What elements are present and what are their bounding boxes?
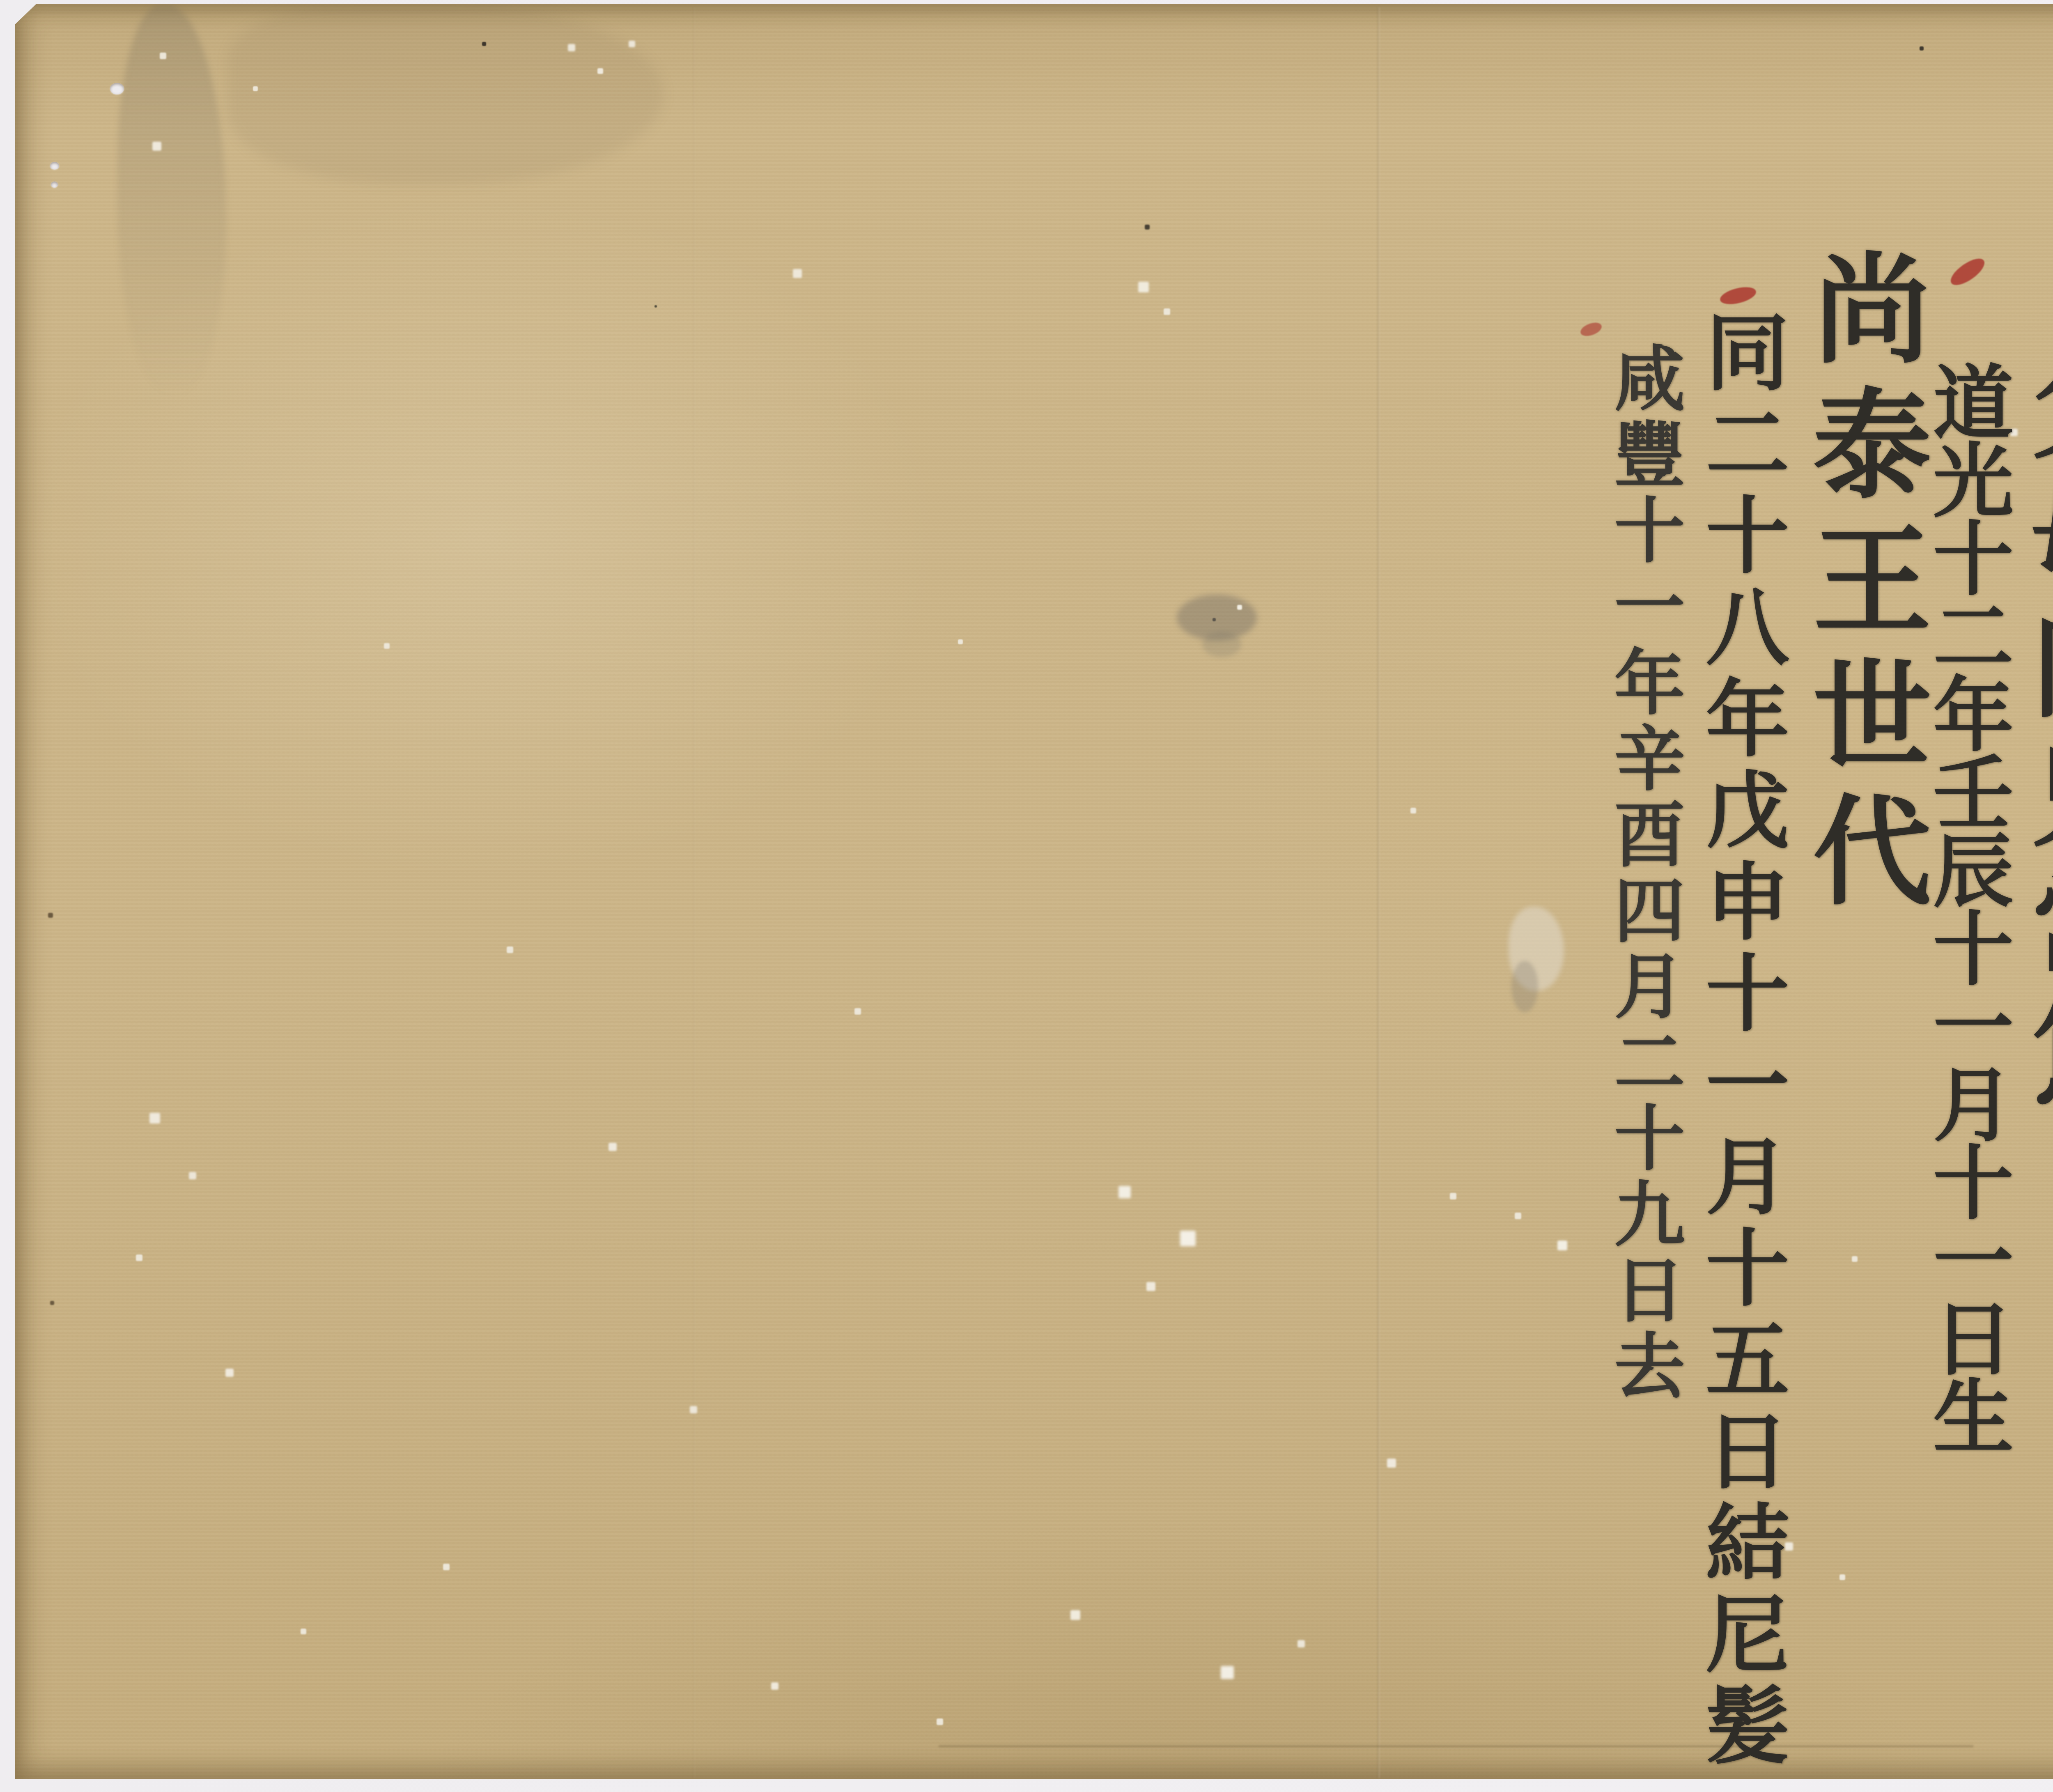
gray-smudge bbox=[1177, 595, 1257, 641]
parents-text: 父母同兄常篤 bbox=[2013, 352, 2053, 1128]
paper-hole bbox=[50, 162, 59, 170]
vermilion-mark bbox=[1718, 284, 1758, 308]
vertical-fold-crease bbox=[1377, 7, 1380, 1778]
paper-damage-flecks bbox=[15, 4, 16, 5]
paper-hole bbox=[51, 181, 58, 188]
vertical-fold-crease-faint bbox=[693, 7, 695, 1778]
scanner-background: 常集仲宗根仁也 童名多々眞 父母同兄常篤 道光十二年壬辰十一月十一日生 尚泰王世… bbox=[0, 0, 2053, 1792]
column-king-era: 尚泰王世代 bbox=[1803, 247, 1922, 925]
abrasion-patch bbox=[1509, 907, 1564, 991]
king-era-text: 尚泰王世代 bbox=[1794, 247, 1932, 925]
birth-date-text: 道光十二年壬辰十一月十一日生 bbox=[1920, 361, 2014, 1453]
vermilion-mark bbox=[1579, 320, 1603, 339]
dark-specks bbox=[15, 4, 16, 5]
column-parents: 父母同兄常篤 bbox=[2021, 352, 2053, 1128]
gray-smudge-tail bbox=[1202, 632, 1241, 657]
paper-hole bbox=[110, 83, 124, 94]
age-stain bbox=[228, 4, 664, 185]
column-birth-date: 道光十二年壬辰十一月十一日生 bbox=[1925, 361, 2007, 1453]
vermilion-mark bbox=[1947, 254, 1989, 290]
abrasion-shadow bbox=[1511, 961, 1538, 1012]
horizontal-crease bbox=[939, 1745, 1973, 1747]
hair-binding-text: 同二十八年戊申十一月十五日結尼髪 bbox=[1692, 309, 1790, 1774]
column-death-date: 咸豐十一年辛酉四月二十九日去 bbox=[1607, 342, 1679, 1405]
column-hair-binding: 同二十八年戊申十一月十五日結尼髪 bbox=[1697, 309, 1783, 1774]
death-date-text: 咸豐十一年辛酉四月二十九日去 bbox=[1603, 342, 1686, 1405]
water-stain bbox=[117, 4, 226, 398]
manuscript-page: 常集仲宗根仁也 童名多々眞 父母同兄常篤 道光十二年壬辰十一月十一日生 尚泰王世… bbox=[15, 4, 2053, 1779]
